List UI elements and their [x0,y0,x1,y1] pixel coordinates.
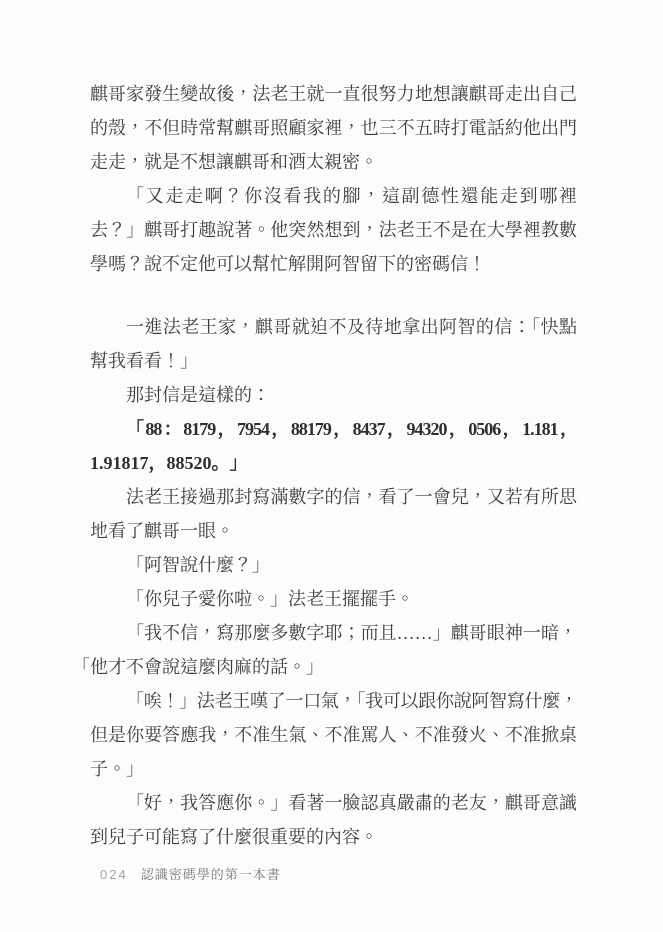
scanned-book-page: { "page": { "language": "zh-Hant", "pape… [0,0,663,932]
text-line: 「又走走啊？你沒看我的腳，這副德性還能走到哪裡 [90,179,577,213]
running-footer-book-title: 認識密碼學的第一本書 [141,867,281,883]
text-line: 麒哥家發生變故後，法老王就一直很努力地想讓麒哥走出自己 [90,77,577,111]
page-number: 024 [100,867,128,883]
text-line: 去？」麒哥打趣說著。他突然想到，法老王不是在大學裡教數 [90,213,577,247]
text-line: 但是你要答應我，不准生氣、不准罵人、不准發火、不准掀桌 [90,718,577,752]
text-line: 一進法老王家，麒哥就迫不及待地拿出阿智的信：「快點 [90,310,577,344]
page-footer: 024 認識密碼學的第一本書 [100,867,281,883]
text-line: 的殼，不但時常幫麒哥照顧家裡，也三不五時打電話約他出門 [90,111,577,145]
text-line: 「你兒子愛你啦。」法老王擺擺手。 [90,582,577,616]
text-line: 那封信是這樣的： [90,378,577,412]
text-line: 「好，我答應你。」看著一臉認真嚴肅的老友，麒哥意識 [90,786,577,820]
cipher-text-line: 「88：8179，7954，88179，8437，94320，0506，1.18… [90,412,577,446]
page: 麒哥家發生變故後，法老王就一直很努力地想讓麒哥走出自己的殼，不但時常幫麒哥照顧家… [0,0,663,932]
text-line: 「我不信，寫那麼多數字耶；而且……」麒哥眼神一暗， [90,616,577,650]
text-line: 子。」 [90,752,577,786]
cipher-text-line: 1.91817，88520。」 [90,446,577,480]
text-line: 到兒子可能寫了什麼很重要的內容。 [90,820,577,854]
text-line: 走走，就是不想讓麒哥和酒太親密。 [90,145,577,179]
text-line: 「唉！」法老王嘆了一口氣，「我可以跟你說阿智寫什麼， [90,684,577,718]
text-line: 「他才不會說這麼肉麻的話。」 [90,650,577,684]
text-line: 學嗎？說不定他可以幫忙解開阿智留下的密碼信！ [90,247,577,281]
text-line: 「阿智說什麼？」 [90,548,577,582]
text-line: 法老王接過那封寫滿數字的信，看了一會兒，又若有所思 [90,480,577,514]
text-line: 幫我看看！」 [90,344,577,378]
section-break [90,281,577,310]
text-line: 地看了麒哥一眼。 [90,514,577,548]
body-text: 麒哥家發生變故後，法老王就一直很努力地想讓麒哥走出自己的殼，不但時常幫麒哥照顧家… [90,77,577,854]
